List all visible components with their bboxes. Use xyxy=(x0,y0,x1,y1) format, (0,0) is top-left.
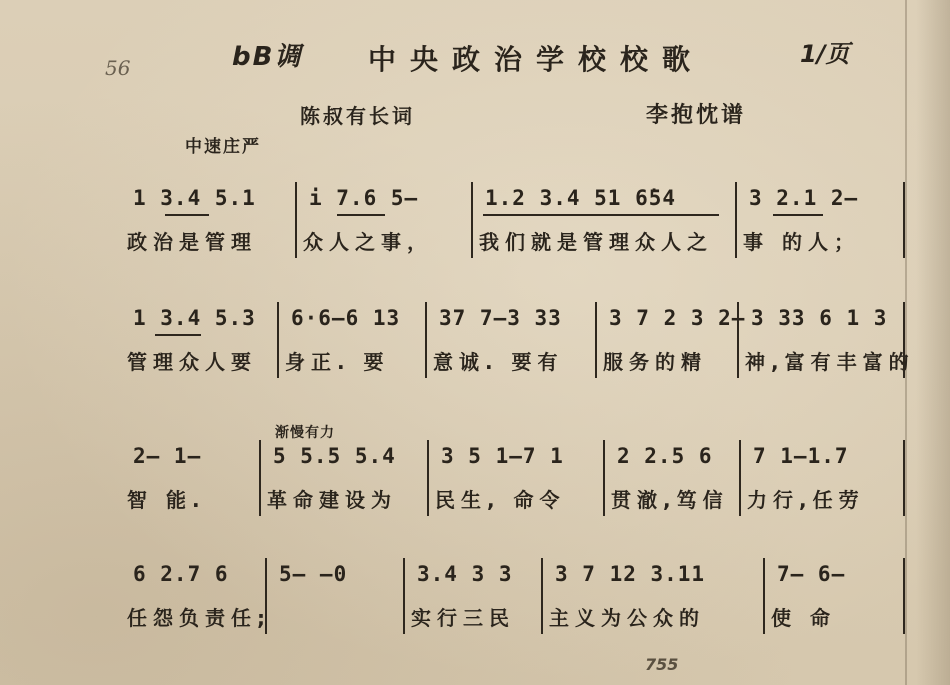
lyrics: 革命建设为 xyxy=(267,484,397,513)
measure: 3 5 1—7 1 民生, 命令 xyxy=(433,440,603,520)
measure: 6 2.7 6 任怨负责任; xyxy=(125,558,265,638)
measure: 7— 6— 使 命 xyxy=(769,558,903,638)
lyrics: 贯澈,笃信 xyxy=(611,484,729,513)
bar-line xyxy=(903,302,905,378)
bar-line xyxy=(295,182,297,258)
bar-line xyxy=(903,182,905,258)
beat-underline xyxy=(155,334,201,336)
bar-line xyxy=(903,440,905,516)
measure: 渐慢有力 5 5.5 5.4 革命建设为 xyxy=(265,440,427,520)
measure: 3 33 6 1 3 神,富有丰富的 xyxy=(743,302,903,382)
lyrics: 身正. 要 xyxy=(285,346,390,375)
measure: 1.2 3.4 51 6̇54 我们就是管理众人之 xyxy=(477,182,737,262)
measure: 2— 1— 智 能. xyxy=(125,440,257,520)
jianpu-notes: i 7.6 5— xyxy=(309,186,418,210)
bar-line xyxy=(763,558,765,634)
jianpu-notes: 37 7—3 33 xyxy=(439,306,562,330)
bar-line xyxy=(425,302,427,378)
jianpu-notes: 1.2 3.4 51 6̇54 xyxy=(485,186,676,210)
lyrics: 主义为公众的 xyxy=(549,602,705,631)
bar-line xyxy=(403,558,405,634)
lyrics: 智 能. xyxy=(127,484,206,513)
song-title: 中央政治学校校歌 xyxy=(368,38,704,78)
measure: 5— —0 xyxy=(271,558,401,638)
page-number: 1/页 xyxy=(800,34,849,69)
lyrics: 实行三民 xyxy=(411,602,515,631)
paper-crease xyxy=(905,0,907,685)
measure: 3 7 12 3.11 主义为公众的 xyxy=(547,558,763,638)
measure: i 7.6 5— 众人之事， xyxy=(301,182,471,262)
paper-edge-shadow xyxy=(916,0,950,685)
measure: 1 3.4 5.3 管理众人要 xyxy=(125,302,275,382)
measure: 37 7—3 33 意诚. 要有 xyxy=(431,302,597,382)
jianpu-notes: 3 2.1 2— xyxy=(749,186,858,210)
measure: 2 2.5 6 贯澈,笃信 xyxy=(609,440,739,520)
tempo-marking: 中速庄严 xyxy=(185,132,261,157)
lyrics: 众人之事， xyxy=(303,226,433,255)
jianpu-notes: 5 5.5 5.4 xyxy=(273,444,396,468)
key-signature: bB调 xyxy=(232,36,302,73)
beat-underline xyxy=(773,214,823,216)
jianpu-notes: 1 3.4 5.3 xyxy=(133,306,256,330)
bar-line xyxy=(595,302,597,378)
page-stamp: 755 xyxy=(645,655,678,674)
margin-mark: 56 xyxy=(105,56,130,80)
bar-line xyxy=(541,558,543,634)
bar-line xyxy=(471,182,473,258)
composer-credit: 李抱忱谱 xyxy=(646,98,746,129)
lyrics: 政治是管理 xyxy=(127,226,257,255)
jianpu-notes: 3 33 6 1 3 xyxy=(751,306,887,330)
bar-line xyxy=(739,440,741,516)
beat-underline xyxy=(165,214,209,216)
jianpu-notes: 3 7 12 3.11 xyxy=(555,562,705,586)
measure: 7 1—1.7 力行,任劳 xyxy=(745,440,901,520)
bar-line xyxy=(737,302,739,378)
jianpu-notes: 6 2.7 6 xyxy=(133,562,229,586)
lyrics: 意诚. 要有 xyxy=(433,346,564,375)
measure: 3 7 2 3 2— 服务的精 xyxy=(601,302,739,382)
bar-line xyxy=(265,558,267,634)
bar-line xyxy=(259,440,261,516)
beat-underline xyxy=(483,214,719,216)
expression-marking: 渐慢有力 xyxy=(275,422,335,442)
bar-line xyxy=(427,440,429,516)
lyrics: 我们就是管理众人之 xyxy=(479,226,713,255)
jianpu-notes: 2— 1— xyxy=(133,444,201,468)
jianpu-notes: 7 1—1.7 xyxy=(753,444,849,468)
lyrics: 使 命 xyxy=(771,602,836,631)
jianpu-notes: 3 7 2 3 2— xyxy=(609,306,745,330)
measure: 3.4 3 3 实行三民 xyxy=(409,558,539,638)
beat-underline xyxy=(337,214,385,216)
lyrics: 任怨负责任; xyxy=(127,602,271,631)
lyrics: 事 的人； xyxy=(743,226,860,255)
measure: 1 3.4 5.1 政治是管理 xyxy=(125,182,293,262)
jianpu-notes: 7— 6— xyxy=(777,562,845,586)
bar-line xyxy=(735,182,737,258)
lyrics: 服务的精 xyxy=(603,346,707,375)
bar-line xyxy=(603,440,605,516)
lyrics: 管理众人要 xyxy=(127,346,257,375)
lyricist-credit: 陈叔有长词 xyxy=(300,100,415,129)
jianpu-notes: 2 2.5 6 xyxy=(617,444,713,468)
lyrics: 民生, 命令 xyxy=(435,484,566,513)
bar-line xyxy=(903,558,905,634)
measure: 3 2.1 2— 事 的人； xyxy=(741,182,901,262)
jianpu-notes: 3 5 1—7 1 xyxy=(441,444,564,468)
bar-line xyxy=(277,302,279,378)
jianpu-notes: 1 3.4 5.1 xyxy=(133,186,256,210)
jianpu-notes: 5— —0 xyxy=(279,562,347,586)
jianpu-notes: 3.4 3 3 xyxy=(417,562,513,586)
jianpu-notes: 6·6—6 13 xyxy=(291,306,400,330)
measure: 6·6—6 13 身正. 要 xyxy=(283,302,425,382)
lyrics: 力行,任劳 xyxy=(747,484,865,513)
lyrics: 神,富有丰富的 xyxy=(745,346,915,375)
